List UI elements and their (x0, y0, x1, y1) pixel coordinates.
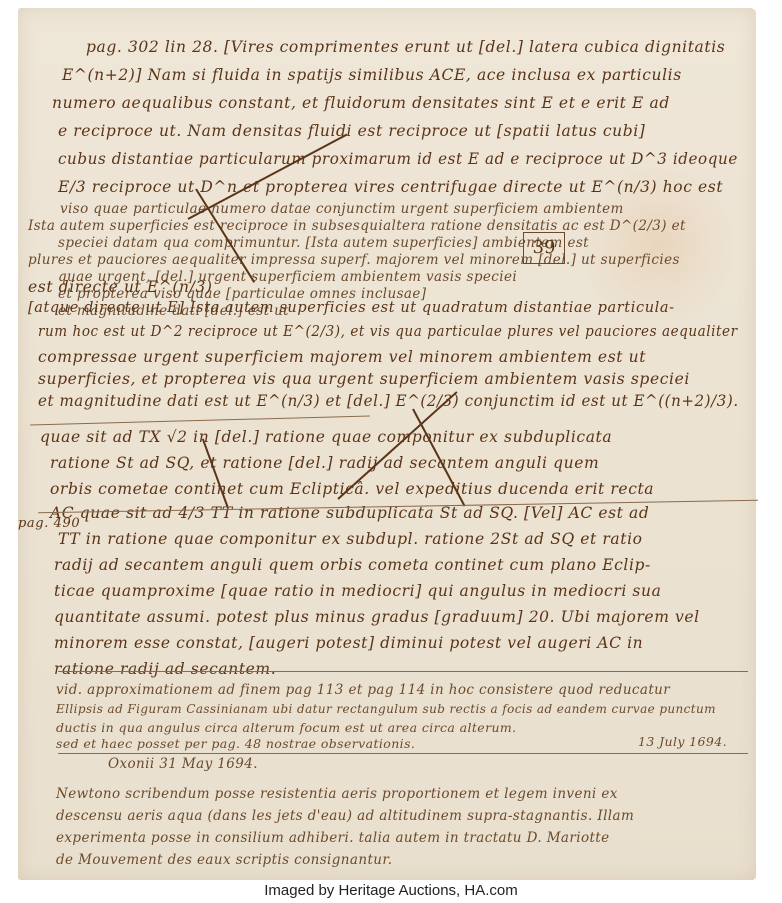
manuscript-line: minorem esse constat, [augeri potest] di… (54, 634, 643, 652)
manuscript-line: quantitate assumi. potest plus minus gra… (54, 608, 700, 626)
manuscript-line: numero aequalibus constant, et fluidorum… (52, 94, 670, 112)
manuscript-line: Ista autem superficies est reciproce in … (28, 218, 686, 234)
manuscript-line: viso quae particulae numero datae conjun… (60, 201, 624, 217)
folio-number: 39 (523, 232, 565, 264)
manuscript-line: plures et pauciores aequaliter impressa … (28, 252, 680, 268)
margin-note: pag. 490 (18, 516, 80, 531)
dateline: Oxonii 31 May 1694. (108, 756, 258, 772)
manuscript-line: experimenta posse in consilium adhiberi.… (56, 830, 610, 846)
manuscript-line: et magnitudine dati est ut E^(n/3) et [d… (38, 392, 739, 410)
manuscript-line: E^(n+2)] Nam si fluida in spatijs simili… (62, 66, 682, 84)
manuscript-line: est directe ut E^(n/3) (28, 278, 213, 296)
manuscript-line: rum hoc est ut D^2 reciproce ut E^(2/3),… (38, 324, 738, 340)
manuscript-line: Newtono scribendum posse resistentia aer… (56, 786, 618, 802)
manuscript-line: TT in ratione quae componitur ex subdupl… (58, 530, 643, 548)
manuscript-line: vid. approximationem ad finem pag 113 et… (56, 682, 670, 698)
manuscript-line: ratione radij ad secantem. (54, 660, 276, 678)
divider-line (58, 753, 748, 754)
manuscript-line: superficies, et propterea vis qua urgent… (38, 370, 690, 388)
manuscript-line: descensu aeris aqua (dans les jets d'eau… (56, 808, 634, 824)
manuscript-line: speciei datam qua comprimuntur. [Ista au… (58, 235, 589, 251)
image-credit: Imaged by Heritage Auctions, HA.com (0, 882, 782, 899)
manuscript-line: sed et haec posset per pag. 48 nostrae o… (56, 736, 415, 751)
divider-line (30, 416, 370, 426)
manuscript-line: quae sit ad TX √2 in [del.] ratione quae… (40, 428, 612, 446)
divider-line (58, 671, 748, 672)
manuscript-line: [atque directe ut E] Ista autem superfic… (28, 300, 675, 316)
date-note: 13 July 1694. (638, 734, 727, 749)
manuscript-line: radij ad secantem anguli quem orbis come… (54, 556, 651, 574)
manuscript-line: cubus distantiae particularum proximarum… (58, 150, 738, 168)
manuscript-line: orbis cometae continet cum Eclipticâ. ve… (50, 480, 654, 498)
manuscript-line: ticae quamproxime [quae ratio in mediocr… (54, 582, 661, 600)
manuscript-line: ductis in qua angulus circa alterum focu… (56, 720, 517, 735)
manuscript-line: e reciproce ut. Nam densitas fluidi est … (58, 122, 645, 140)
manuscript-line: compressae urgent superficiem majorem ve… (38, 348, 646, 366)
manuscript-line: E/3 reciproce ut D^n et propterea vires … (58, 178, 723, 196)
manuscript-page: pag. 302 lin 28. [Vires comprimentes eru… (18, 8, 756, 880)
manuscript-line: pag. 302 lin 28. [Vires comprimentes eru… (86, 38, 725, 56)
manuscript-line: Ellipsis ad Figuram Cassinianam ubi datu… (56, 702, 716, 716)
manuscript-line: ratione St ad SQ, et ratione [del.] radi… (50, 454, 599, 472)
manuscript-line: de Mouvement des eaux scriptis consignan… (56, 852, 392, 868)
